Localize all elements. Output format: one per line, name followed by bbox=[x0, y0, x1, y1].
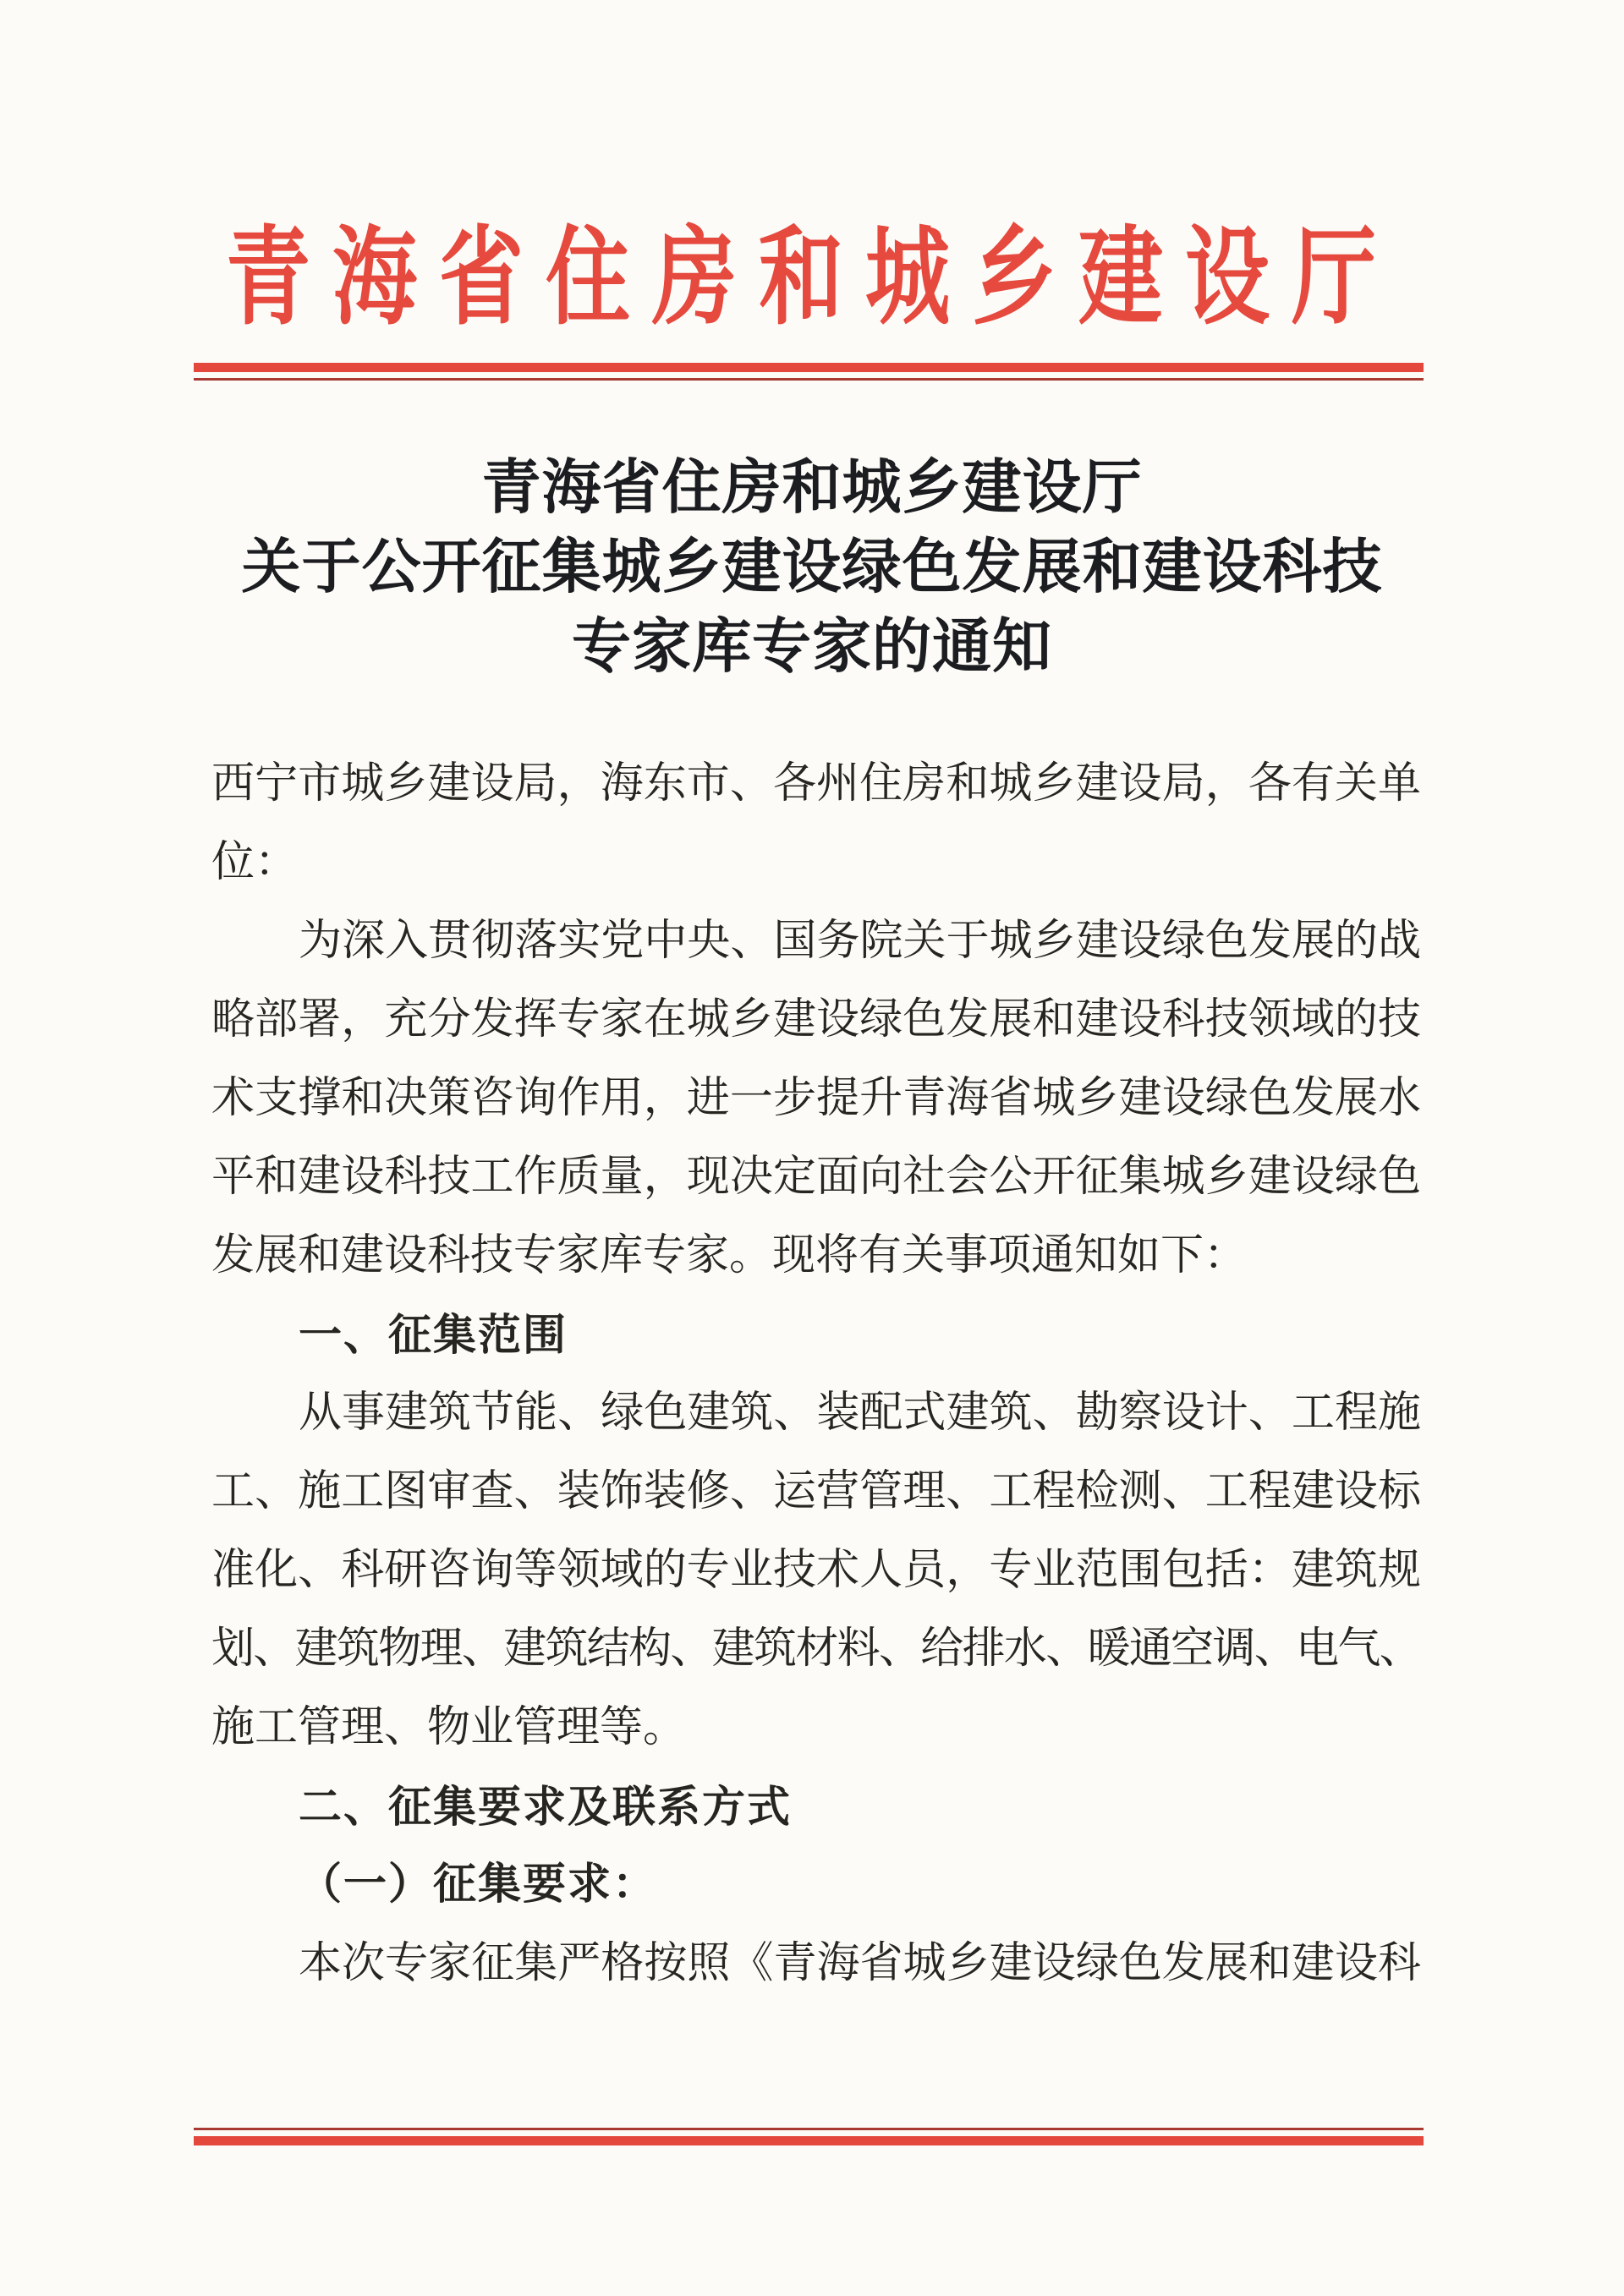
body-line: 为深入贯彻落实党中央、国务院关于城乡建设绿色发展的战 bbox=[211, 902, 1421, 981]
section-heading: 一、征集范围 bbox=[211, 1296, 1421, 1374]
body-line: 工、施工图审查、装饰装修、运营管理、工程检测、工程建设标 bbox=[211, 1453, 1421, 1532]
body-line: 划、建筑物理、建筑结构、建筑材料、给排水、暖通空调、电气、 bbox=[211, 1610, 1421, 1689]
body-line: 施工管理、物业管理等。 bbox=[211, 1689, 1421, 1767]
document-body: 西宁市城乡建设局，海东市、各州住房和城乡建设局，各有关单 位： 为深入贯彻落实党… bbox=[211, 745, 1421, 2003]
section-heading: 二、征集要求及联系方式 bbox=[211, 1767, 1421, 1846]
body-line: 准化、科研咨询等领域的专业技术人员，专业范围包括：建筑规 bbox=[211, 1532, 1421, 1610]
document-title-line: 关于公开征集城乡建设绿色发展和建设科技 bbox=[0, 529, 1624, 608]
body-line: 术支撑和决策咨询作用，进一步提升青海省城乡建设绿色发展水 bbox=[211, 1060, 1421, 1138]
body-line: 西宁市城乡建设局，海东市、各州住房和城乡建设局，各有关单 bbox=[211, 745, 1421, 824]
document-title-line: 专家库专家的通知 bbox=[0, 608, 1624, 688]
document-title: 青海省住房和城乡建设厅 关于公开征集城乡建设绿色发展和建设科技 专家库专家的通知 bbox=[0, 449, 1624, 688]
document-title-line: 青海省住房和城乡建设厅 bbox=[0, 449, 1624, 529]
body-line: 发展和建设科技专家库专家。现将有关事项通知如下： bbox=[211, 1217, 1421, 1296]
body-line: 从事建筑节能、绿色建筑、装配式建筑、勘察设计、工程施 bbox=[211, 1374, 1421, 1453]
footer-rule-thin bbox=[194, 2128, 1424, 2130]
body-line: 略部署，充分发挥专家在城乡建设绿色发展和建设科技领域的技 bbox=[211, 981, 1421, 1060]
body-line: 本次专家征集严格按照《青海省城乡建设绿色发展和建设科 bbox=[211, 1925, 1421, 2003]
footer-rule-thick bbox=[194, 2136, 1424, 2145]
body-line: 平和建设科技工作质量，现决定面向社会公开征集城乡建设绿色 bbox=[211, 1138, 1421, 1217]
sub-heading: （一）征集要求： bbox=[211, 1846, 1421, 1925]
body-line: 位： bbox=[211, 824, 1421, 902]
scanned-official-notice-page: 青海省住房和城乡建设厅 青海省住房和城乡建设厅 关于公开征集城乡建设绿色发展和建… bbox=[0, 0, 1624, 2296]
header-rule-thin bbox=[194, 378, 1424, 381]
header-rule-thick bbox=[194, 363, 1424, 372]
letterhead-title: 青海省住房和城乡建设厅 bbox=[0, 222, 1624, 337]
